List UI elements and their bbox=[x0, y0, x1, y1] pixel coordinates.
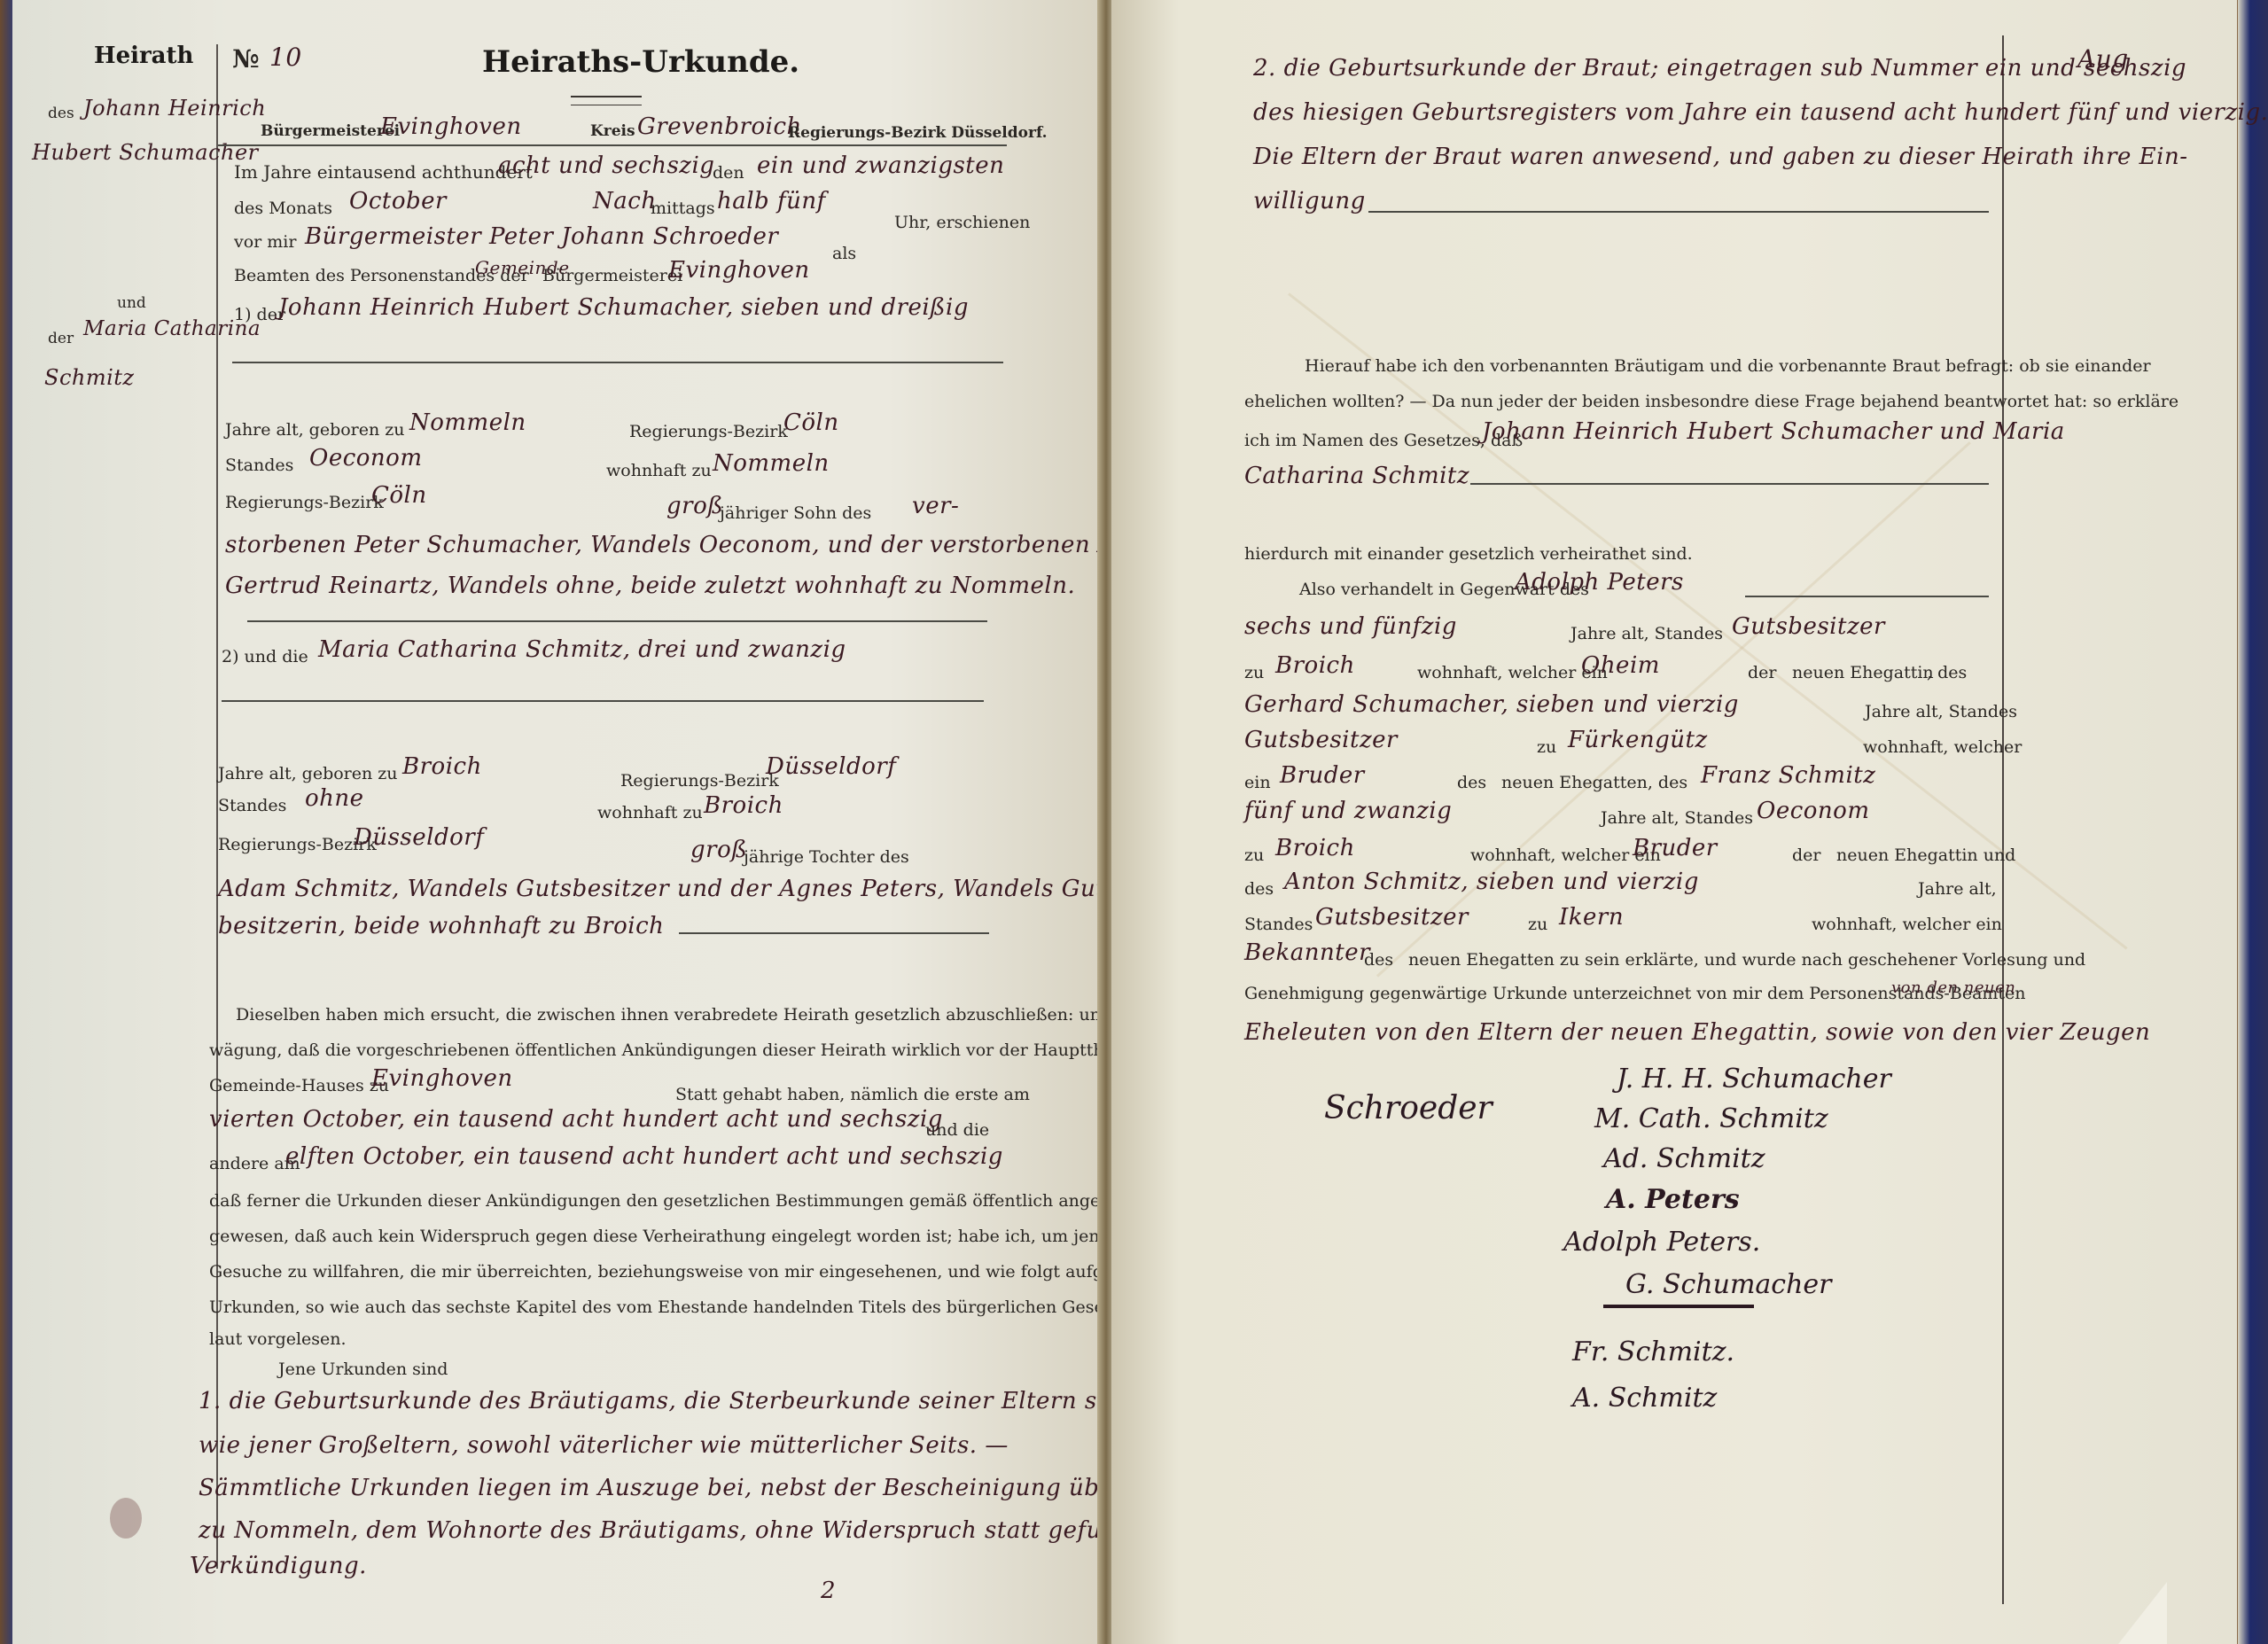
signature-groom: J. H. H. Schumacher bbox=[1617, 1064, 1891, 1095]
declaration-bride-name: Catharina Schmitz bbox=[1244, 463, 1469, 489]
uhr-label: Uhr, erschienen bbox=[894, 213, 1030, 232]
groom-son-label: jähriger Sohn des bbox=[720, 503, 871, 523]
bride-number-label: 2) und die bbox=[222, 647, 308, 666]
officer-value: Bürgermeister Peter Johann Schroeder bbox=[305, 223, 778, 250]
monats-label: des Monats bbox=[234, 199, 332, 218]
body-line-3-print2: Statt gehabt haben, nämlich die erste am bbox=[675, 1085, 1030, 1104]
right-margin-rule bbox=[2002, 35, 2004, 1604]
witness-3-zu-label: zu bbox=[1244, 845, 1264, 865]
witness-3-age-label: Jahre alt, Standes bbox=[1601, 808, 1753, 828]
book-cover-right bbox=[2238, 0, 2268, 1644]
witness-1-age: sechs und fünfzig bbox=[1244, 613, 1457, 640]
witness-1-ehegattin-label: neuen Ehegattin bbox=[1792, 663, 1934, 682]
witness-2-place: Fürkengütz bbox=[1568, 727, 1708, 753]
witness-1-name: Adolph Peters bbox=[1515, 569, 1684, 596]
bride-born-label: Jahre alt, geboren zu bbox=[218, 764, 398, 783]
rule-5 bbox=[679, 932, 989, 934]
signature-3: Ad. Schmitz bbox=[1603, 1143, 1765, 1174]
witness-4-zu-label: zu bbox=[1528, 915, 1547, 934]
witness-4-des: des bbox=[1364, 950, 1393, 970]
witness-1-der-label: der bbox=[1748, 663, 1777, 682]
margin-des-label: des bbox=[48, 105, 74, 122]
witness-3-name: Franz Schmitz bbox=[1701, 762, 1875, 789]
witness-2-wohnhaft: wohnhaft, welcher bbox=[1863, 737, 2022, 757]
year-value: acht und sechszig bbox=[498, 152, 714, 179]
day-value: ein und zwanzigsten bbox=[757, 152, 1004, 179]
bride-name-age: Maria Catharina Schmitz, drei und zwanzi… bbox=[318, 636, 846, 663]
second-announcement: elften October, ein tausend acht hundert… bbox=[285, 1143, 1003, 1170]
rule-w1 bbox=[1745, 596, 1989, 597]
margin-heading: Heirath bbox=[94, 43, 193, 69]
urkunden-line-1: 1. die Geburtsurkunde des Bräutigams, di… bbox=[199, 1388, 1111, 1414]
officer-signature: Schroeder bbox=[1324, 1090, 1493, 1126]
hour-value: halb fünf bbox=[717, 188, 826, 214]
urkunden-line-3: Sämmtliche Urkunden liegen im Auszuge be… bbox=[199, 1475, 1170, 1501]
bride-parents-2: besitzerin, beide wohnhaft zu Broich bbox=[218, 913, 664, 939]
margin-der-label: der bbox=[48, 330, 74, 347]
witness-4-jahre-alt: Jahre alt, bbox=[1918, 879, 1997, 899]
witness-2-name-age: Gerhard Schumacher, sieben und vierzig bbox=[1244, 691, 1739, 718]
witness-4-name-age: Anton Schmitz, sieben und vierzig bbox=[1284, 869, 1699, 895]
buergermeisterei-value: Evinghoven bbox=[380, 113, 522, 140]
witness-1-stand: Gutsbesitzer bbox=[1732, 613, 1885, 640]
witness-4-des-label: des bbox=[1244, 879, 1274, 899]
mittags-label: mittags bbox=[651, 199, 715, 218]
bride-regbezirk2-value: Düsseldorf bbox=[354, 824, 484, 851]
page-mark: 2 bbox=[821, 1578, 836, 1604]
bride-wohnhaft-label: wohnhaft zu bbox=[597, 803, 703, 822]
bride-stand-value: ohne bbox=[305, 785, 364, 812]
groom-regbezirk-value: Cöln bbox=[783, 409, 839, 436]
groom-born-label: Jahre alt, geboren zu bbox=[225, 420, 405, 440]
witness-2-ein-label: ein bbox=[1244, 773, 1271, 792]
witness-3-stand: Oeconom bbox=[1757, 798, 1869, 824]
document-title: Heiraths-Urkunde. bbox=[482, 44, 799, 80]
signature-6: G. Schumacher bbox=[1625, 1269, 1832, 1300]
und-die-label: und die bbox=[925, 1120, 989, 1140]
witness-2-stand: Gutsbesitzer bbox=[1244, 727, 1398, 753]
declaration-line-1: Hierauf habe ich den vorbenannten Bräuti… bbox=[1305, 356, 2151, 376]
signature-7: Fr. Schmitz. bbox=[1572, 1336, 1734, 1367]
bride-daughter-label: jährige Tochter des bbox=[744, 847, 909, 867]
ink-stain bbox=[110, 1498, 142, 1539]
urkunden-line-5: Verkündigung. bbox=[190, 1553, 367, 1579]
groom-regbezirk-label: Regierungs-Bezirk bbox=[629, 422, 788, 441]
groom-stand-label: Standes bbox=[225, 456, 293, 475]
witness-2-age-label: Jahre alt, Standes bbox=[1865, 702, 2017, 721]
declaration-couple-names: Johann Heinrich Hubert Schumacher und Ma… bbox=[1482, 418, 2065, 445]
groom-parents-2: Gertrud Reinartz, Wandels ohne, beide zu… bbox=[225, 573, 1075, 599]
groom-age-status: groß bbox=[666, 493, 723, 519]
bride-wohnhaft-value: Broich bbox=[704, 792, 783, 819]
intro-print-1: Im Jahre eintausend achthundert bbox=[234, 161, 533, 183]
bride-born-value: Broich bbox=[402, 753, 482, 780]
intro-line-1: Im Jahre eintausend achthundert bbox=[234, 161, 533, 183]
signature-bride: M. Cath. Schmitz bbox=[1594, 1103, 1828, 1134]
rule-r1 bbox=[1368, 211, 1989, 213]
folded-page-corner bbox=[2118, 1582, 2167, 1644]
signature-4: A. Peters bbox=[1606, 1184, 1740, 1215]
continuation-line-2: des hiesigen Geburtsregisters vom Jahre … bbox=[1253, 99, 2268, 126]
buergermeisterei-label-2: Bürgermeisterei bbox=[542, 266, 682, 285]
body-line-8: Gesuche zu willfahren, die mir überreich… bbox=[209, 1262, 1176, 1282]
witness-4-relation: Bekannter bbox=[1244, 939, 1370, 966]
witness-3-age: fünf und zwanzig bbox=[1244, 798, 1452, 824]
body-line-2: wägung, daß die vorgeschriebenen öffentl… bbox=[209, 1040, 1167, 1060]
den-label: den bbox=[713, 163, 744, 183]
witness-4-stand: Gutsbesitzer bbox=[1315, 904, 1469, 931]
rule-4 bbox=[222, 700, 984, 702]
margin-groom-name-1: Johann Heinrich bbox=[83, 96, 266, 121]
witness-4-wohnhaft: wohnhaft, welcher ein bbox=[1812, 915, 2002, 934]
bride-parents-1: Adam Schmitz, Wandels Gutsbesitzer und d… bbox=[218, 876, 1126, 902]
declaration-line-2: ehelichen wollten? — Da nun jeder der be… bbox=[1244, 392, 2178, 411]
regbezirk-label: Regierungs-Bezirk Düsseldorf. bbox=[788, 124, 1048, 142]
witness-2-des-label: , des bbox=[1927, 663, 1967, 682]
als-label: als bbox=[832, 244, 856, 263]
left-page: Heirath des Johann Heinrich Hubert Schum… bbox=[12, 0, 1108, 1644]
margin-und-label: und bbox=[117, 294, 146, 312]
rule-r2 bbox=[1470, 483, 1989, 485]
witness-1-age-label: Jahre alt, Standes bbox=[1570, 624, 1723, 643]
witness-1-zu-label: zu bbox=[1244, 663, 1264, 682]
groom-regbezirk2-label: Regierungs-Bezirk bbox=[225, 493, 384, 512]
witness-1-place: Broich bbox=[1275, 652, 1355, 679]
witness-1-wohnhaft: wohnhaft, welcher ein bbox=[1417, 663, 1608, 682]
groom-parents-1: storbenen Peter Schumacher, Wandels Oeco… bbox=[225, 532, 1160, 558]
bride-regbezirk2-label: Regierungs-Bezirk bbox=[218, 835, 377, 854]
groom-born-value: Nommeln bbox=[409, 409, 526, 436]
closing-line-2-hand: von den neuen bbox=[1891, 978, 2015, 997]
signature-8: A. Schmitz bbox=[1572, 1383, 1717, 1414]
first-announcement: vierten October, ein tausend acht hunder… bbox=[209, 1106, 943, 1133]
vor-mir-label: vor mir bbox=[234, 232, 296, 252]
rule-3 bbox=[247, 620, 987, 622]
kreis-value: Grevenbroich bbox=[637, 113, 802, 140]
nach-value: Nach bbox=[593, 188, 657, 214]
witness-4-standes-label: Standes bbox=[1244, 915, 1313, 934]
record-number: 10 bbox=[269, 43, 302, 72]
signature-underline bbox=[1603, 1305, 1754, 1308]
signature-5: Adolph Peters. bbox=[1563, 1227, 1760, 1258]
bride-stand-label: Standes bbox=[218, 796, 286, 815]
bride-age-status: groß bbox=[690, 837, 747, 863]
groom-son-hand2: ver- bbox=[912, 493, 959, 519]
urkunden-line-2: wie jener Großeltern, sowohl väterlicher… bbox=[199, 1432, 1009, 1459]
buergermeisterei-value-2: Evinghoven bbox=[668, 257, 810, 284]
right-page: Aug 2. die Geburtsurkunde der Braut; ein… bbox=[1111, 0, 2237, 1644]
body-line-10: laut vorgelesen. bbox=[209, 1329, 347, 1349]
groom-stand-value: Oeconom bbox=[309, 445, 422, 471]
urkunden-line-4: zu Nommeln, dem Wohnorte des Bräutigams,… bbox=[199, 1517, 1175, 1544]
groom-wohnhaft-value: Nommeln bbox=[713, 450, 830, 477]
declaration-line-5: hierdurch mit einander gesetzlich verhei… bbox=[1244, 544, 1693, 564]
body-line-3-print: Gemeinde-Hauses zu bbox=[209, 1076, 389, 1095]
month-value: October bbox=[349, 188, 447, 214]
buergermeisterei-label: Bürgermeisterei bbox=[261, 122, 400, 140]
record-number-label: № bbox=[232, 44, 259, 74]
bride-regbezirk-value: Düsseldorf bbox=[766, 753, 896, 780]
witness-3-place: Broich bbox=[1275, 835, 1355, 861]
witness-4-place: Ikern bbox=[1559, 904, 1624, 931]
witness-3-der-label: der bbox=[1792, 845, 1821, 865]
witness-2-relation: Bruder bbox=[1280, 762, 1365, 789]
body-line-1: Dieselben haben mich ersucht, die zwisch… bbox=[236, 1005, 1165, 1025]
bride-regbezirk-label: Regierungs-Bezirk bbox=[620, 771, 779, 791]
closing-line-3-hand: Eheleuten von den Eltern der neuen Ehega… bbox=[1244, 1019, 2150, 1046]
body-line-3-hand: Evinghoven bbox=[371, 1065, 513, 1092]
title-ornament bbox=[571, 96, 642, 105]
witness-2-zu-label: zu bbox=[1537, 737, 1556, 757]
witness-3-ehegattin-und: neuen Ehegattin und bbox=[1836, 845, 2015, 865]
margin-bride-name-2: Schmitz bbox=[44, 365, 135, 390]
witness-2-ehegatten-label: neuen Ehegatten, des bbox=[1501, 773, 1687, 792]
continuation-line-3: Die Eltern der Braut waren anwesend, und… bbox=[1253, 144, 2188, 170]
rule-1 bbox=[232, 362, 1003, 363]
continuation-line-4: willigung bbox=[1253, 188, 1366, 214]
kreis-label: Kreis bbox=[590, 122, 635, 140]
witness-3-relation: Bruder bbox=[1633, 835, 1718, 861]
header-rule bbox=[218, 144, 1007, 146]
body-line-9: Urkunden, so wie auch das sechste Kapite… bbox=[209, 1297, 1170, 1317]
witness-2-des-label-2: des bbox=[1457, 773, 1486, 792]
body-line-6: daß ferner die Urkunden dieser Ankündigu… bbox=[209, 1191, 1176, 1211]
continuation-line-1: 2. die Geburtsurkunde der Braut; eingetr… bbox=[1253, 55, 2186, 82]
groom-name-age: Johann Heinrich Hubert Schumacher, siebe… bbox=[278, 294, 969, 321]
witness-1-relation: Oheim bbox=[1581, 652, 1660, 679]
body-line-7: gewesen, daß auch kein Widerspruch gegen… bbox=[209, 1227, 1126, 1246]
closing-line-1: neuen Ehegatten zu sein erklärte, und wu… bbox=[1408, 950, 2085, 970]
urkunden-label: Jene Urkunden sind bbox=[278, 1360, 448, 1379]
groom-wohnhaft-label: wohnhaft zu bbox=[606, 461, 712, 480]
groom-regbezirk2-value: Cöln bbox=[371, 482, 427, 509]
